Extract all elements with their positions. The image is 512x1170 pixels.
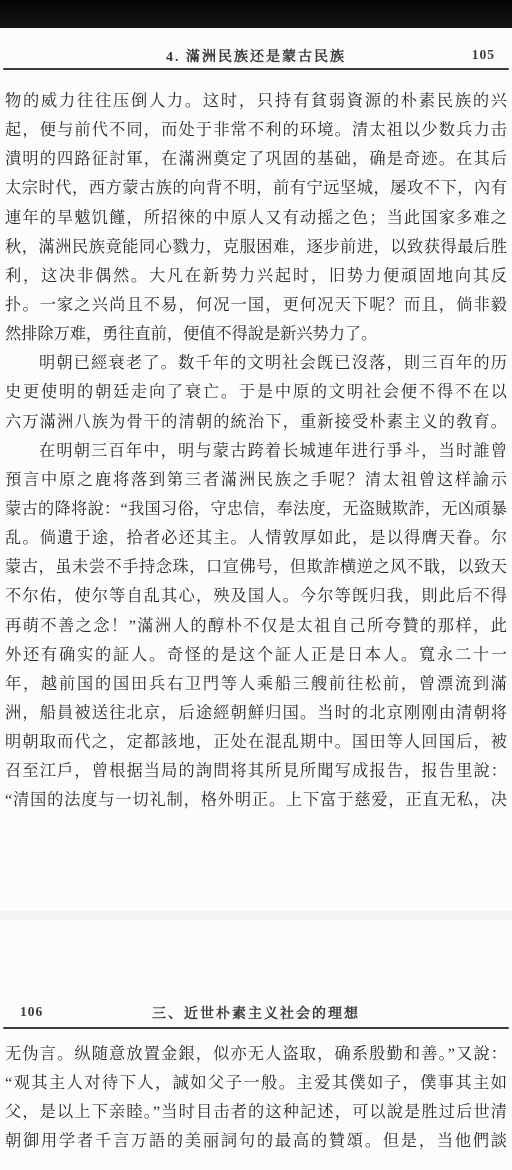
header-rule-106 — [3, 1027, 509, 1029]
text-line: 在明朝三百年中，明与蒙古跨着长城連年进行爭斗，当时誰曾 — [5, 437, 507, 466]
text-line: 扑。一家之兴尚且不易，何况一国，更何况天下呢？而且，倘非毅 — [5, 291, 507, 320]
text-line: 物的威力往往压倒人力。这时，只持有貧弱資源的朴素民族的兴 — [5, 87, 507, 116]
text-line: 蒙古的降将說：“我国习俗，守忠信，奉法度，无盗賊欺詐，无凶頑暴 — [5, 495, 507, 524]
text-line: 六万滿洲八族为骨干的清朝的統治下，重新接受朴素主义的敎育。 — [5, 408, 507, 437]
text-line: 年，越前国的国田兵右卫門等人乘船三艘前往松前，曾漂流到滿 — [5, 670, 507, 699]
text-line: 朝御用学者千言万語的美丽詞句的最高的贊頌。但是，当他們談 — [5, 1127, 507, 1156]
text-line: 再萌不善之念！”滿洲人的醇朴不仅是太祖自己所夸贊的那样，此 — [5, 612, 507, 641]
scan-top-black-bar — [0, 0, 512, 28]
text-line: “清国的法度与一切礼制，格外明正。上下富于慈爱，正直无私，决 — [5, 786, 507, 815]
text-line: 明朝取而代之，定都該地，正处在混乱期中。国田等人回国后，被 — [5, 728, 507, 757]
text-line: 太宗时代，西方蒙古族的向背不明，前有宁远坚城，屡攻不下，內有 — [5, 174, 507, 203]
chapter-title-105: 4. 滿洲民族还是蒙古民族 — [0, 46, 512, 66]
text-line: 起，便与前代不同，而处于非常不利的环境。清太祖以少数兵力击 — [5, 116, 507, 145]
text-line: 史更使明的朝廷走向了衰亡。于是中原的文明社会便不得不在以 — [5, 378, 507, 407]
header-rule-105 — [3, 68, 509, 70]
text-line: 明朝已經衰老了。数千年的文明社会旣已沒落，則三百年的历 — [5, 349, 507, 378]
text-line: 潰明的四路征討軍，在滿洲奠定了巩固的基础，确是奇迹。在其后 — [5, 145, 507, 174]
text-line: 无伪言。纵随意放置金銀，似亦无人盗取，确系殷勤和善。”又說： — [5, 1040, 507, 1069]
page-body-105: 物的威力往往压倒人力。这时，只持有貧弱資源的朴素民族的兴 起，便与前代不同，而处… — [5, 87, 507, 816]
text-line: 利，这决非偶然。大凡在新势力兴起时，旧势力便頑固地向其反 — [5, 262, 507, 291]
page-number-106: 106 — [20, 1004, 43, 1020]
text-line: 不尔佑，使尔等自乱其心，殃及国人。今尔等旣归我，則此后不得 — [5, 582, 507, 611]
text-line: 連年的旱魃饥饉，所招徠的中原人又有动摇之色；当此国家多难之 — [5, 204, 507, 233]
text-line: 秋，滿洲民族竟能同心戮力，克服困难，逐步前进，以致获得最后胜 — [5, 233, 507, 262]
text-line: 預言中原之鹿将落到第三者滿洲民族之手呢？清太祖曾这样諭示 — [5, 466, 507, 495]
page-gap-separator — [0, 911, 512, 920]
text-line: 蒙古，虽未尝不手持念珠，口宣佛号，但欺詐横逆之风不戢，以致天 — [5, 553, 507, 582]
scanned-book-page: 4. 滿洲民族还是蒙古民族 105 物的威力往往压倒人力。这时，只持有貧弱資源的… — [0, 0, 512, 1170]
text-line: 外还有确实的証人。奇怪的是这个証人正是日本人。寬永二十一 — [5, 641, 507, 670]
text-line: 父，是以上下亲睦。”当时目击者的这种記述，可以說是胜过后世清 — [5, 1098, 507, 1127]
text-line: 洲，船員被送往北京，后途經朝鮮归国。当时的北京刚刚由清朝将 — [5, 699, 507, 728]
text-line: “观其主人对待下人，誠如父子一般。主爱其僕如子，僕事其主如 — [5, 1069, 507, 1098]
chapter-title-106: 三、近世朴素主义社会的理想 — [0, 1003, 512, 1023]
text-line: 然排除万难，勇往直前，便值不得說是新兴势力了。 — [5, 320, 507, 349]
running-header-106: 三、近世朴素主义社会的理想 106 — [0, 1003, 512, 1025]
text-line: 召至江戶，曾根据当局的詢問将其所見所聞写成报告，报告里說： — [5, 757, 507, 786]
running-header-105: 4. 滿洲民族还是蒙古民族 105 — [0, 46, 512, 68]
page-number-105: 105 — [472, 47, 495, 63]
text-line: 乱。倘遺于途，拾者必还其主。人情敦厚如此，是以得膺天眷。尔 — [5, 524, 507, 553]
page-body-106: 无伪言。纵随意放置金銀，似亦无人盗取，确系殷勤和善。”又說： “观其主人对待下人… — [5, 1040, 507, 1157]
